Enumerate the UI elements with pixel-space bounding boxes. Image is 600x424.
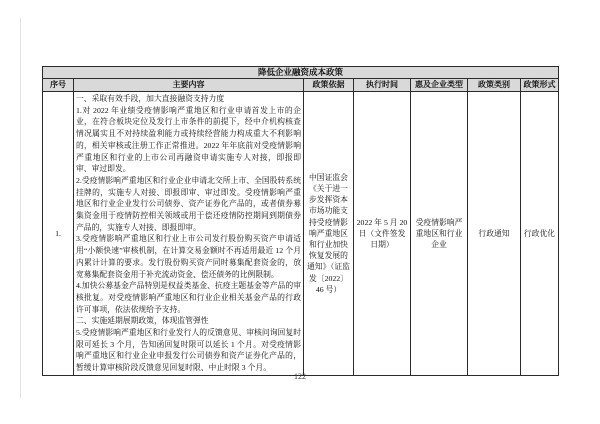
table-header-row: 序号 主要内容 政策依据 执行时间 惠及企业类型 政策类别 政策形式 bbox=[43, 79, 559, 92]
cell-main-content: 一、采取有效手段，加大直接融资支持力度 1.对 2022 年业绩受疫情影响严重地… bbox=[74, 92, 304, 376]
col-header-policy-basis: 政策依据 bbox=[304, 79, 354, 92]
table-title: 降低企业融资成本政策 bbox=[43, 67, 559, 79]
content-paragraph: 1.对 2022 年业绩受疫情影响严重地区和行业申请首发上市的企业，在符合板块定… bbox=[76, 105, 301, 175]
content-paragraph: 3.受疫情影响严重地区和行业上市公司发行股份购买资产申请适用“小额快速”审核机制… bbox=[76, 233, 301, 280]
cell-execution-time: 2022 年 5 月 20 日（文件签发日期） bbox=[354, 92, 411, 376]
col-header-index: 序号 bbox=[43, 79, 74, 92]
page-number: 122 bbox=[0, 372, 600, 381]
col-header-main-content: 主要内容 bbox=[74, 79, 304, 92]
table-title-row: 降低企业融资成本政策 bbox=[43, 67, 559, 79]
policy-table: 降低企业融资成本政策 序号 主要内容 政策依据 执行时间 惠及企业类型 政策类别… bbox=[42, 66, 559, 376]
content-paragraph: 一、采取有效手段，加大直接融资支持力度 bbox=[76, 93, 301, 105]
cell-index: 1. bbox=[43, 92, 74, 376]
cell-policy-category: 行政通知 bbox=[468, 92, 521, 376]
col-header-enterprise-type: 惠及企业类型 bbox=[411, 79, 468, 92]
col-header-policy-category: 政策类别 bbox=[468, 79, 521, 92]
scan-margin-line bbox=[20, 18, 21, 398]
content-paragraph: 4.加快公募基金产品特别是权益类基金、抗疫主题基金等产品的审核批复。对受疫情影响… bbox=[76, 280, 301, 315]
cell-policy-form: 行政优化 bbox=[521, 92, 559, 376]
col-header-execution-time: 执行时间 bbox=[354, 79, 411, 92]
content-paragraph: 二、实施延期展期政策，体现监管弹性 bbox=[76, 315, 301, 327]
cell-policy-basis: 中国证监会《关于进一步发挥资本市场功能支持受疫情影响严重地区和行业加快恢复发展的… bbox=[304, 92, 354, 376]
cell-enterprise-type: 受疫情影响严重地区和行业企业 bbox=[411, 92, 468, 376]
content-paragraph: 5.受疫情影响严重地区和行业发行人的反馈意见、审核问询回复时限可延长 3 个月，… bbox=[76, 327, 301, 374]
content-paragraph: 2.受疫情影响严重地区和行业企业申请北交所上市、全国股转系统挂牌的，实施专人对接… bbox=[76, 175, 301, 234]
table-row: 1. 一、采取有效手段，加大直接融资支持力度 1.对 2022 年业绩受疫情影响… bbox=[43, 92, 559, 376]
col-header-policy-form: 政策形式 bbox=[521, 79, 559, 92]
document-page: 降低企业融资成本政策 序号 主要内容 政策依据 执行时间 惠及企业类型 政策类别… bbox=[0, 0, 600, 424]
